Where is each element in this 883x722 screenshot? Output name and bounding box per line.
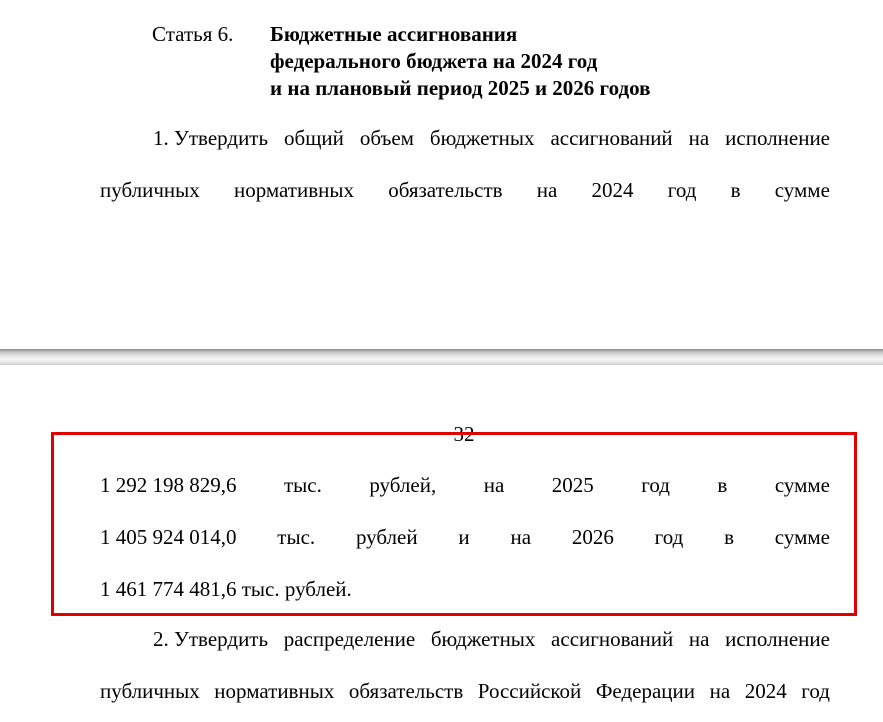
article-title-line: Бюджетные ассигнования (270, 21, 650, 48)
article-title-line: и на плановый период 2025 и 2026 годов (270, 75, 650, 102)
paragraph-2-line-2: публичныхнормативныхобязательствРоссийск… (100, 678, 830, 704)
word: обязательств (349, 678, 463, 704)
word: Федерации (596, 678, 695, 704)
word: в (724, 524, 734, 550)
word: 2026 (572, 524, 614, 550)
word: тыс. (284, 472, 322, 498)
word: ассигнований (550, 125, 672, 151)
word: сумме (775, 177, 830, 203)
word: публичных (100, 177, 200, 203)
word: на (710, 678, 731, 704)
word: и (458, 524, 469, 550)
word: обязательств (388, 177, 502, 203)
word: 1 292 198 829,6 (100, 472, 237, 498)
word: 1 461 774 481,6 тыс. рублей. (100, 576, 352, 602)
article-number: Статья 6. (152, 21, 233, 48)
word: 2. Утвердить (153, 626, 268, 652)
word: исполнение (725, 626, 830, 652)
paragraph-1-line-1: 1. Утвердитьобщийобъембюджетныхассигнова… (153, 125, 830, 151)
word: на (537, 177, 558, 203)
word: Российской (478, 678, 582, 704)
word: рублей, (369, 472, 436, 498)
word: на (484, 472, 505, 498)
paragraph-1-continued-line-1: 1 292 198 829,6тыс.рублей,на2025годвсумм… (100, 472, 830, 498)
word: 2024 (745, 678, 787, 704)
word: год (641, 472, 670, 498)
word: 1 405 924 014,0 (100, 524, 237, 550)
word: сумме (775, 472, 830, 498)
word: бюджетных (431, 626, 536, 652)
word: 2024 (592, 177, 634, 203)
page-break-separator (0, 349, 883, 365)
word: на (510, 524, 531, 550)
word: сумме (775, 524, 830, 550)
word: нормативных (214, 678, 334, 704)
word: объем (360, 125, 414, 151)
word: общий (284, 125, 344, 151)
word: в (731, 177, 741, 203)
word: год (801, 678, 830, 704)
word: 1. Утвердить (153, 125, 268, 151)
word: публичных (100, 678, 200, 704)
word: распределение (284, 626, 416, 652)
page-number: 32 (0, 421, 883, 447)
word: 2025 (552, 472, 594, 498)
word: тыс. (277, 524, 315, 550)
paragraph-1-continued-line-3: 1 461 774 481,6 тыс. рублей. (100, 576, 830, 602)
word: в (717, 472, 727, 498)
word: на (689, 626, 710, 652)
word: исполнение (725, 125, 830, 151)
paragraph-1-continued-line-2: 1 405 924 014,0тыс.рублейина2026годвсумм… (100, 524, 830, 550)
word: на (689, 125, 710, 151)
paragraph-1-line-2: публичныхнормативныхобязательствна2024го… (100, 177, 830, 203)
article-title: Бюджетные ассигнования федерального бюдж… (270, 21, 650, 102)
word: год (668, 177, 697, 203)
word: рублей (356, 524, 418, 550)
article-title-line: федерального бюджета на 2024 год (270, 48, 650, 75)
word: год (655, 524, 684, 550)
word: бюджетных (430, 125, 535, 151)
word: нормативных (234, 177, 354, 203)
word: ассигнований (551, 626, 673, 652)
paragraph-2-line-1: 2. Утвердитьраспределениебюджетныхассигн… (153, 626, 830, 652)
